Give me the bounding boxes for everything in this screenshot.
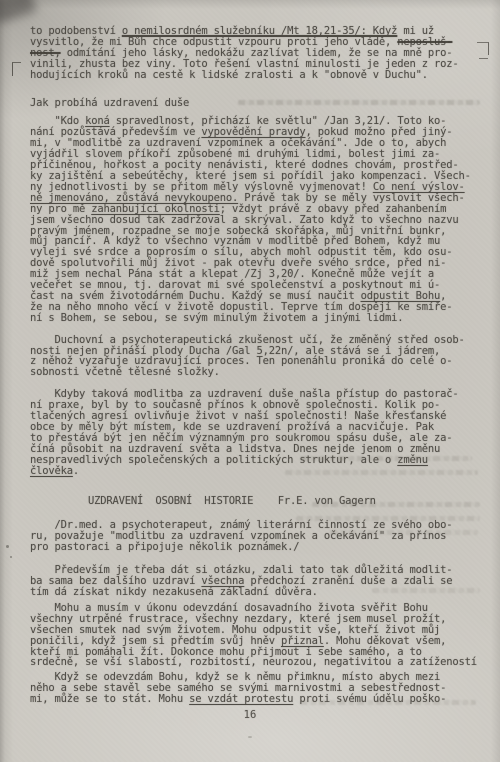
paragraph: Kdyby taková modlitba za uzdravení duše …	[30, 389, 492, 476]
scan-speck	[10, 556, 12, 558]
text-run: .	[73, 465, 79, 477]
page-number: 16	[0, 709, 500, 721]
text-run: UZDRAVENÍ OSOBNÍ HISTORIE Fr.E. von Gage…	[88, 495, 376, 507]
paragraph: to podobenství o nemilosrdném služebníku…	[30, 26, 492, 81]
text-run: ; vždyt právě z obavy před zahanbením js…	[30, 203, 459, 302]
paragraph: Duchovní a psychoterapeutická zkušenost …	[30, 335, 492, 379]
scan-corner-smudge	[0, 0, 37, 24]
scanned-document-page: to podobenství o nemilosrdném služebníku…	[0, 0, 500, 762]
text-run: Kdyby taková modlitba za uzdravení duše …	[30, 388, 459, 465]
text-run: /Dr.med. a psychoterapeut, známý literár…	[30, 519, 452, 553]
paragraph: Když se odevzdám Bohu, když se k němu př…	[30, 672, 492, 705]
pen-mark-left-bracket-icon	[12, 62, 21, 76]
paragraph: Mohu a musím v úkonu odevzdání dosavadní…	[30, 603, 492, 668]
document-body: to podobenství o nemilosrdném služebníku…	[30, 26, 492, 705]
section-heading: UZDRAVENÍ OSOBNÍ HISTORIE Fr.E. von Gage…	[30, 496, 492, 507]
scan-speck	[6, 545, 9, 548]
underlined-text: se vzdát protestu	[189, 693, 293, 705]
text-run: Duchovní a psychoterapeutická zkušenost …	[30, 334, 465, 379]
paragraph: "Kdo koná spravedlnost, přichází ke svět…	[30, 116, 492, 323]
paragraph: Především je třeba dát si otázku, zdali …	[30, 565, 492, 598]
scan-speck	[248, 736, 252, 738]
text-run: proti svému údělu poško-	[293, 693, 446, 705]
text-run: odmítání jeho lásky, nedokážu zazlívat l…	[30, 47, 459, 81]
section-heading: Jak probíhá uzdravení duše	[30, 98, 492, 109]
text-run: Jak probíhá uzdravení duše	[30, 97, 189, 109]
paragraph: /Dr.med. a psychoterapeut, známý literár…	[30, 520, 492, 553]
